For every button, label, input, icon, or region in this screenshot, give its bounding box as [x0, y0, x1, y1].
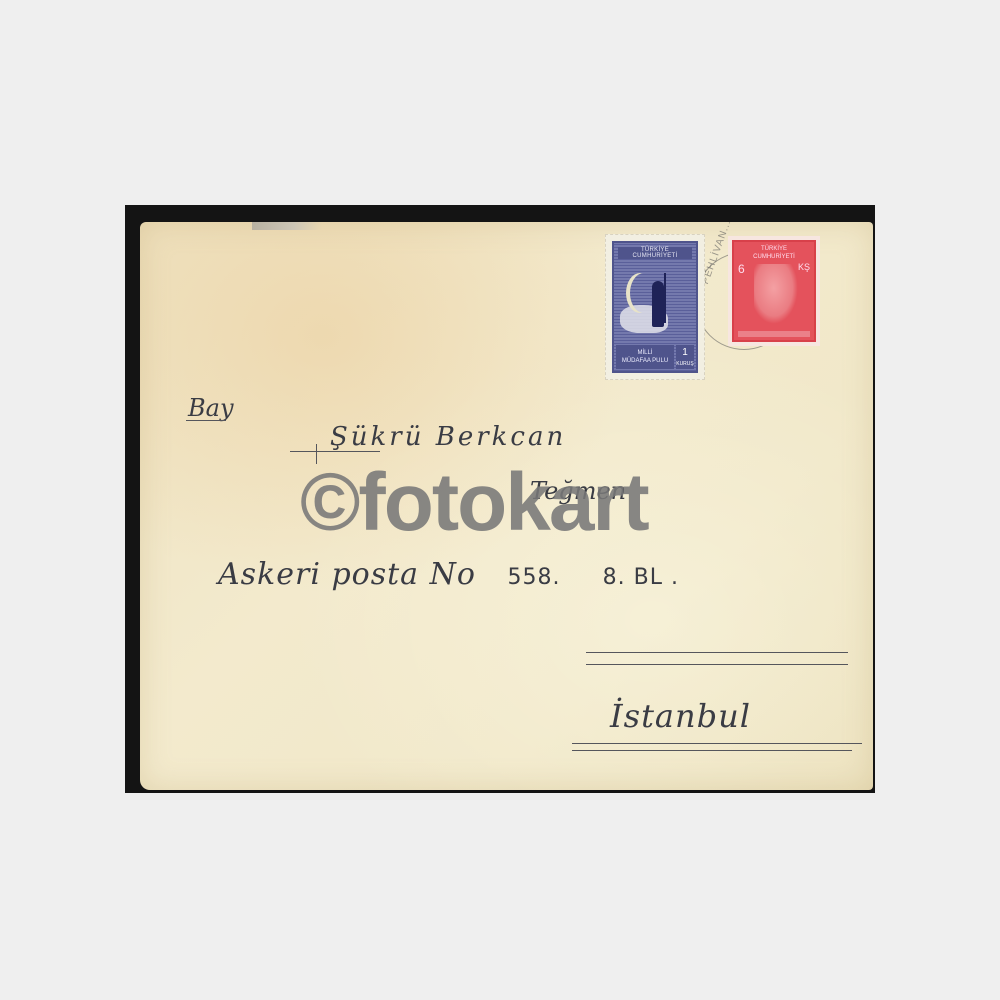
address-unit: 8. BL . — [603, 565, 679, 590]
stamp-red-unit: KŞ — [798, 262, 810, 272]
stamp-red-title: TÜRKİYE CUMHURİYETİ — [734, 245, 814, 261]
address-rule-1 — [586, 652, 848, 653]
stamp-milli-mudafaa: TÜRKİYE CUMHURİYETİ MİLLİ MÜDAFAA PULU 1… — [605, 234, 705, 380]
stamp-portrait: TÜRKİYE CUMHURİYETİ 6 KŞ — [728, 236, 820, 346]
name-stroke — [290, 451, 380, 452]
address-prefix: Askeri posta No — [218, 557, 476, 592]
city-underline-2 — [572, 750, 852, 751]
stamp-blue-line1: MİLLİ — [637, 350, 652, 356]
address-line: Askeri posta No 558. 8. BL . — [218, 557, 679, 592]
envelope-tear — [252, 222, 322, 230]
stamp-red-footer — [738, 331, 810, 337]
stamp-blue-value: 1 KURUŞ — [676, 345, 694, 369]
watermark: ©fotokart — [300, 462, 648, 544]
city-underline-1 — [572, 743, 862, 744]
stamp-blue-line2: MÜDAFAA PULU — [622, 358, 668, 364]
flag-pole-icon — [664, 273, 688, 323]
soldier-figure-icon — [652, 281, 664, 327]
address-name: Şükrü Berkcan — [330, 422, 566, 452]
stamp-blue-value-unit: KURUŞ — [676, 361, 694, 367]
address-city: İstanbul — [610, 697, 751, 735]
address-rule-2 — [586, 664, 848, 665]
stamp-red-title-line2: CUMHURİYETİ — [753, 254, 795, 260]
salutation-stroke — [186, 420, 226, 421]
stamp-blue-top-label: TÜRKİYE CUMHURİYETİ — [618, 247, 692, 259]
stamp-red-title-line1: TÜRKİYE — [761, 246, 787, 252]
address-post-number: 558. — [508, 565, 561, 590]
stamp-red-value: 6 — [738, 262, 745, 276]
stamp-blue-value-number: 1 — [682, 347, 688, 358]
portrait-icon — [754, 264, 798, 324]
address-salutation: Bay — [188, 394, 234, 422]
stamp-blue-bottom-label: MİLLİ MÜDAFAA PULU — [616, 345, 674, 369]
